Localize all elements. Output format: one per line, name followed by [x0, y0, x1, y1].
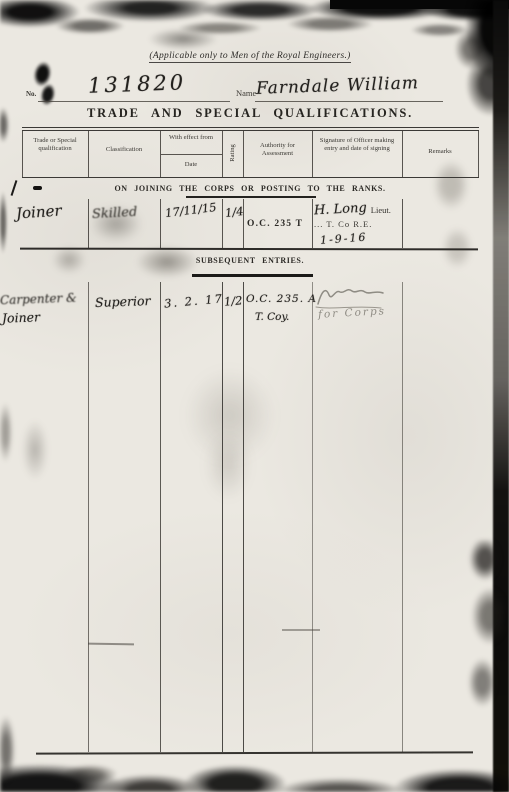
- service-number-label: No.: [26, 90, 36, 98]
- col-header-signature: Signature of Officer making entry and da…: [314, 137, 400, 153]
- row-divider: [20, 248, 478, 251]
- column-rule: [478, 130, 479, 177]
- entry-trade-subsequent-line2: Joiner: [2, 309, 40, 325]
- scan-stain-left-edge: [0, 95, 16, 155]
- scan-stain-top-band: [0, 0, 509, 42]
- name-underline: [255, 101, 443, 102]
- service-number-underline: [38, 101, 230, 102]
- entry-authority-subsequent-line1: O.C. 235. A: [246, 293, 317, 305]
- column-rule: [88, 282, 89, 752]
- scan-smudge-5: [205, 430, 251, 500]
- entry-date-subsequent: 3. 2. 17: [164, 291, 225, 310]
- column-rule: [243, 282, 244, 752]
- scan-stain-right-mottle: [455, 540, 505, 730]
- signature-unit: ... T. Co R.E.: [314, 219, 402, 229]
- section-subsequent: SUBSEQUENT ENTRIES.: [0, 256, 500, 265]
- scanned-form-page: (Applicable only to Men of the Royal Eng…: [0, 0, 509, 792]
- entry-trade-on-joining: Joiner: [15, 201, 62, 222]
- header-note-wrap: (Applicable only to Men of the Royal Eng…: [100, 45, 400, 63]
- entry-classification-on-joining: Skilled: [92, 205, 138, 222]
- entry-date-on-joining: 17/11/15: [164, 200, 217, 220]
- section-subsequent-underline: [192, 274, 313, 277]
- column-rule: [312, 282, 313, 752]
- scan-stain-right-mid: [420, 150, 482, 290]
- col-header-rating: Rating: [220, 134, 246, 172]
- signature-name: H. Long: [314, 201, 367, 219]
- section-on-joining-underline: [186, 196, 316, 198]
- scan-black-bar-top: [330, 0, 509, 9]
- column-rule: [312, 130, 313, 177]
- column-rule: [160, 199, 161, 248]
- col-header-date: Date: [161, 161, 221, 169]
- form-title: TRADE AND SPECIAL QUALIFICATIONS.: [0, 106, 500, 121]
- col-header-authority: Authority for Assessment: [245, 142, 310, 158]
- section-on-joining: ON JOINING THE CORPS OR POSTING TO THE R…: [0, 184, 500, 193]
- entry-rating-subsequent: 1/2: [223, 293, 243, 309]
- column-rule: [402, 282, 403, 752]
- column-rule: [222, 282, 223, 752]
- stray-mark-2: [282, 629, 320, 631]
- entry-rating-on-joining: 1/4: [224, 204, 244, 220]
- col-header-remarks: Remarks: [403, 148, 477, 156]
- entry-classification-subsequent: Superior: [95, 293, 151, 310]
- table-top-border: [22, 127, 479, 131]
- column-rule: [160, 282, 161, 752]
- table-bottom-border: [36, 751, 473, 754]
- entry-authority-on-joining: O.C. 235 T: [247, 219, 303, 229]
- table-header-bottom-border: [22, 177, 479, 178]
- signature-date: 1-9-16: [320, 228, 403, 247]
- scan-smudge-4: [185, 368, 275, 463]
- col-header-classification: Classification: [89, 146, 159, 154]
- stray-pen-dot: [33, 186, 42, 190]
- stray-mark: [88, 643, 134, 645]
- entry-authority-subsequent-line2: T. Coy.: [255, 311, 289, 323]
- soldier-name-value: Farndale William: [256, 73, 420, 99]
- scan-stain-left-edge-4: [0, 695, 24, 792]
- column-rule: [88, 199, 89, 248]
- col-header-trade: Trade or Special qualification: [23, 137, 87, 153]
- scan-stain-left-edge-3: [0, 385, 18, 480]
- service-number-value: 131820: [88, 70, 187, 97]
- entry-signature-on-joining: H. Long Lieut. ... T. Co R.E. 1-9-16: [314, 200, 402, 244]
- ink-blot: [22, 57, 70, 114]
- signature-rank: Lieut.: [371, 205, 391, 215]
- scan-smudge-7: [22, 420, 48, 480]
- entry-trade-subsequent-line1: Carpenter &: [0, 291, 77, 308]
- column-rule: [222, 199, 223, 248]
- date-subheader-rule: [161, 154, 222, 155]
- header-note: (Applicable only to Men of the Royal Eng…: [149, 51, 350, 63]
- name-label: Name: [236, 88, 256, 98]
- col-header-with-effect: With effect from: [161, 134, 221, 142]
- signature-note-subsequent: for Corps: [318, 305, 387, 321]
